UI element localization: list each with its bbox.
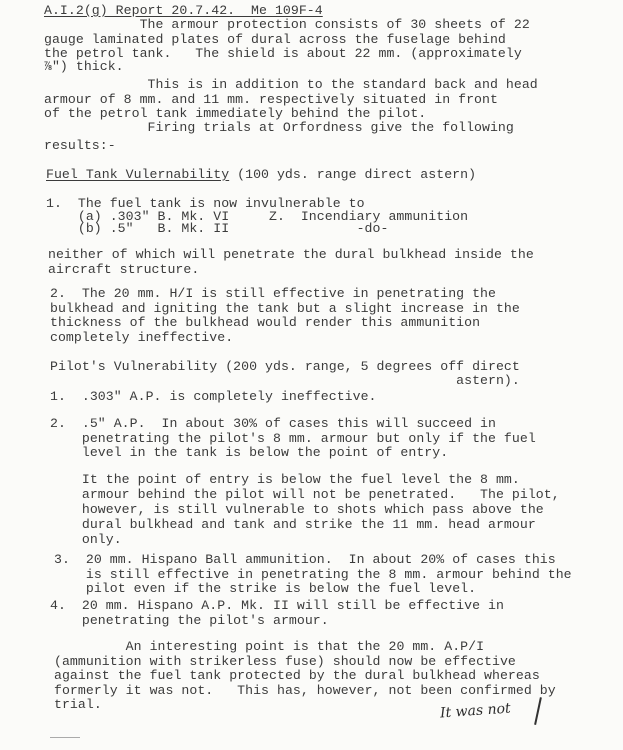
closing-paragraph-line: (ammunition with strikerless fuse) shoul… [54,655,516,669]
intro-line: The armour protection consists of 30 she… [44,18,530,32]
pilot-item-1: 1. .303" A.P. is completely ineffective. [50,390,377,404]
pilot-item-4-line: 4. 20 mm. Hispano A.P. Mk. II will still… [50,599,504,613]
pilot-item-3-line: pilot even if the strike is below the fu… [54,582,476,596]
section-heading-title: Fuel Tank Vulernability [46,167,229,182]
pilot-item-2-paragraph-line: however, is still vulnerable to shots wh… [50,503,544,517]
handwritten-stroke [534,697,541,725]
pilot-item-3-line: 3. 20 mm. Hispano Ball ammunition. In ab… [54,553,556,567]
pilot-item-4-line: penetrating the pilot's armour. [50,614,329,628]
intro-line: armour of 8 mm. and 11 mm. respectively … [44,93,498,107]
fuel-item-2-line: completely ineffective. [50,331,233,345]
intro-line: of the petrol tank immediately behind th… [44,107,426,121]
closing-paragraph-line: against the fuel tank protected by the d… [54,669,540,683]
handwritten-annotation: It was not [440,701,512,722]
fuel-item-2-line: thickness of the bulkhead would render t… [50,316,480,330]
fuel-item-2-line: 2. The 20 mm. H/I is still effective in … [50,287,496,301]
intro-line: gauge laminated plates of dural across t… [44,33,506,47]
section-heading-subtitle: (100 yds. range direct astern) [229,167,476,182]
pilot-item-2-paragraph-line: It the point of entry is below the fuel … [50,473,520,487]
pilot-item-2-line: penetrating the pilot's 8 mm. armour but… [50,432,536,446]
section-heading-fuel-tank: Fuel Tank Vulernability (100 yds. range … [46,168,476,182]
pilot-item-3-line: is still effective in penetrating the 8 … [54,568,572,582]
closing-paragraph-line: formerly it was not. This has, however, … [54,684,556,698]
fuel-item-1-conclusion-line: aircraft structure. [48,263,199,277]
intro-line: This is in addition to the standard back… [44,78,538,92]
fuel-item-2-line: bulkhead and igniting the tank but a sli… [50,302,520,316]
section-heading-pilot: astern). [50,374,520,388]
pilot-item-2-line: 2. .5" A.P. In about 30% of cases this w… [50,417,496,431]
pilot-item-2-paragraph-line: dural bulkhead and tank and strike the 1… [50,518,536,532]
pilot-item-2-paragraph-line: only. [50,533,122,547]
section-heading-pilot: Pilot's Vulnerability (200 yds. range, 5… [50,360,520,374]
intro-line: ⅞") thick. [44,60,124,74]
fuel-item-1-line: (b) .5" B. Mk. II -do- [46,222,388,236]
closing-paragraph-line: An interesting point is that the 20 mm. … [54,640,484,654]
intro-line: results:- [44,139,116,153]
report-header: A.I.2(g) Report 20.7.42. Me 109F-4 [44,4,323,18]
page-mark [50,737,80,738]
pilot-item-2-paragraph-line: armour behind the pilot will not be pene… [50,488,560,502]
pilot-item-2-line: level in the tank is below the point of … [50,446,448,460]
fuel-item-1-conclusion-line: neither of which will penetrate the dura… [48,248,534,262]
closing-paragraph-line: trial. [54,698,102,712]
intro-line: Firing trials at Orfordness give the fol… [44,121,514,135]
typewritten-report-page: A.I.2(g) Report 20.7.42. Me 109F-4 The a… [0,0,623,750]
